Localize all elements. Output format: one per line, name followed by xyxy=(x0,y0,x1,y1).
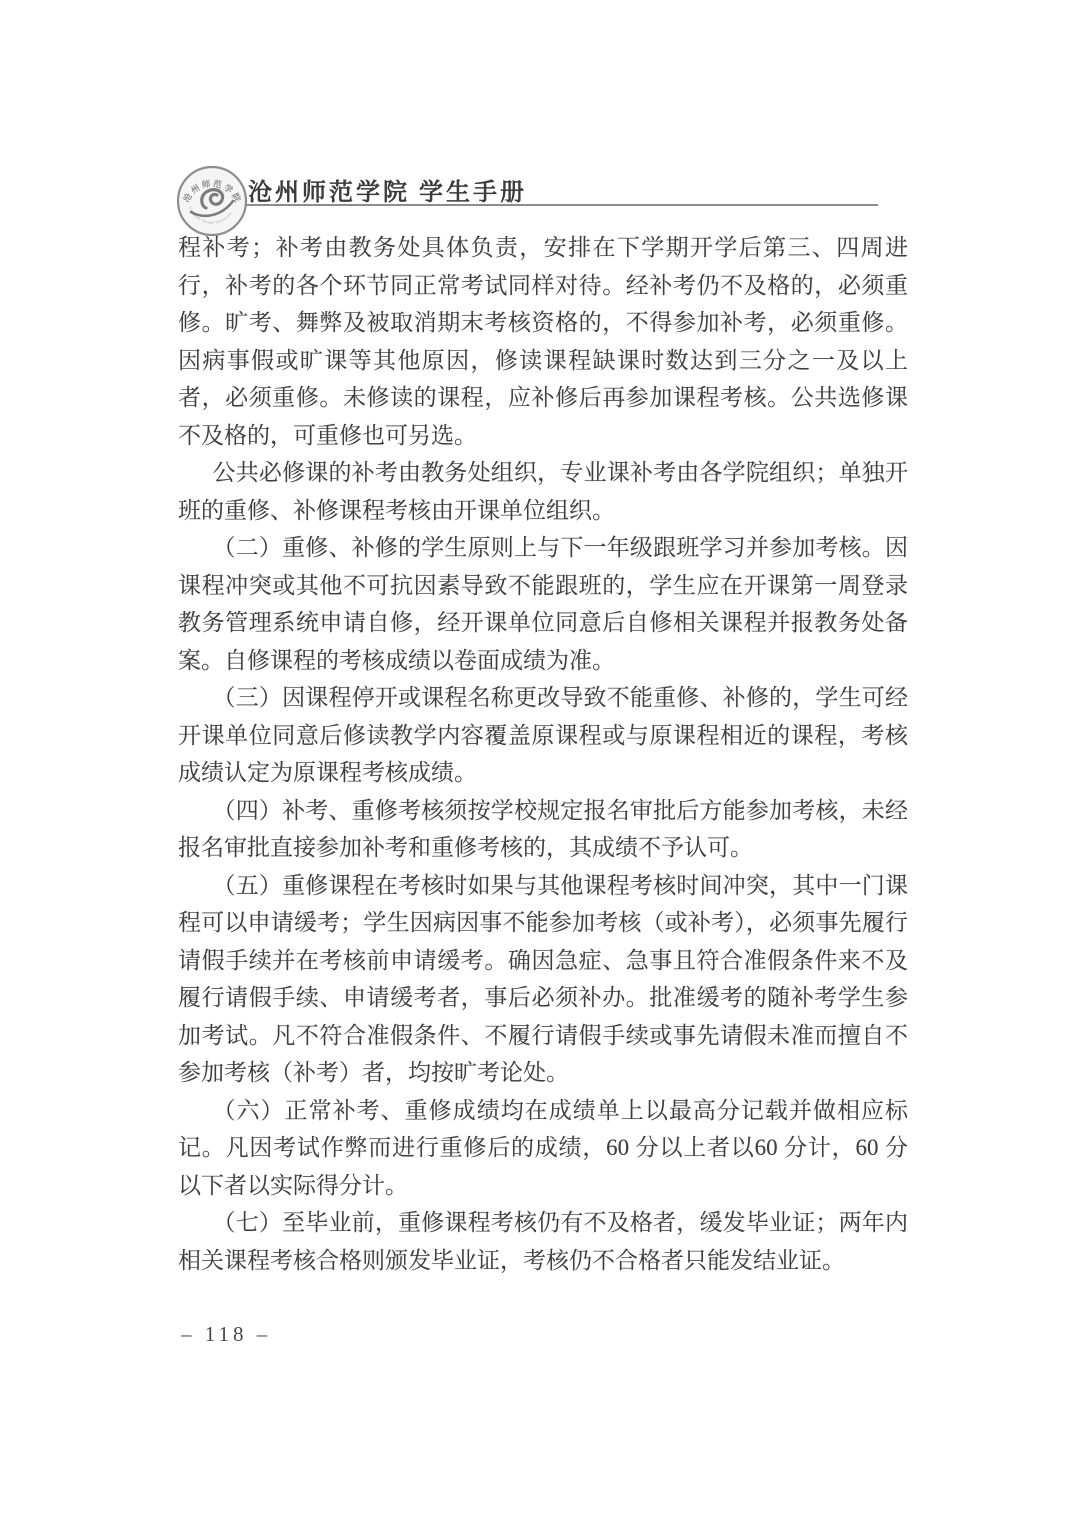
handbook-page: 沧州师范学院 Cangzhou Normal University 沧州师范学院… xyxy=(0,0,1080,1528)
paragraph: （四）补考、重修考核须按学校规定报名审批后方能参加考核，未经报名审批直接参加补考… xyxy=(178,792,908,867)
university-seal-icon: 沧州师范学院 Cangzhou Normal University xyxy=(176,165,248,237)
paragraph: 程补考；补考由教务处具体负责，安排在下学期开学后第三、四周进行，补考的各个环节同… xyxy=(178,229,908,454)
page-number: – 118 – xyxy=(181,1322,271,1347)
paragraph: （二）重修、补修的学生原则上与下一年级跟班学习并参加考核。因课程冲突或其他不可抗… xyxy=(178,529,908,679)
paragraph: （五）重修课程在考核时如果与其他课程考核时间冲突，其中一门课程可以申请缓考；学生… xyxy=(178,867,908,1092)
header-title: 沧州师范学院 学生手册 xyxy=(248,172,527,207)
paragraph: （七）至毕业前，重修课程考核仍有不及格者，缓发毕业证；两年内相关课程考核合格则颁… xyxy=(178,1204,908,1279)
paragraph: 公共必修课的补考由教务处组织，专业课补考由各学院组织；单独开班的重修、补修课程考… xyxy=(178,454,908,529)
paragraph: （三）因课程停开或课程名称更改导致不能重修、补修的，学生可经开课单位同意后修读教… xyxy=(178,679,908,792)
page-body: 程补考；补考由教务处具体负责，安排在下学期开学后第三、四周进行，补考的各个环节同… xyxy=(178,229,908,1279)
paragraph: （六）正常补考、重修成绩均在成绩单上以最高分记载并做相应标记。凡因考试作弊而进行… xyxy=(178,1092,908,1205)
header-divider xyxy=(246,204,878,206)
